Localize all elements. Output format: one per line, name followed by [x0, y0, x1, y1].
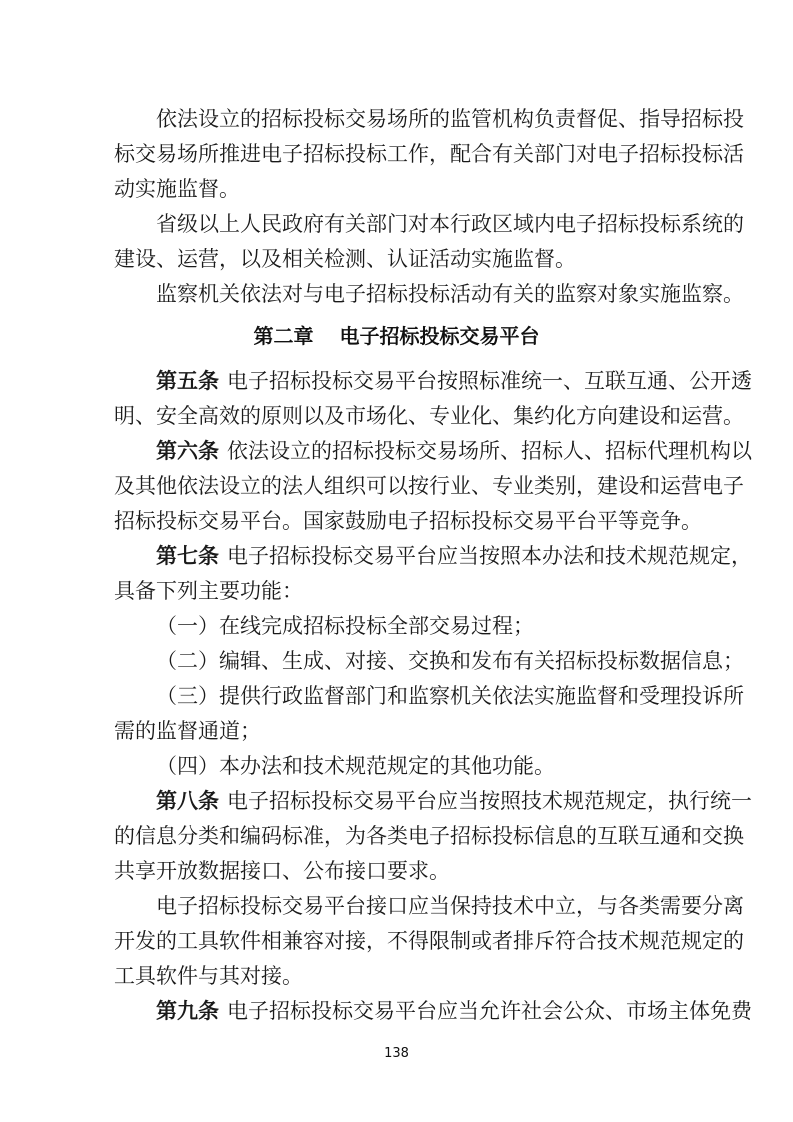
- paragraph-line: 工具软件与其对接。: [114, 961, 679, 991]
- article-text: 电子招标投标交易平台应当按照技术规范规定，执行统一: [227, 789, 752, 813]
- list-item: （三）提供行政监督部门和监察机关依法实施监督和受理投诉所: [114, 681, 679, 711]
- article-label: 第七条: [156, 543, 219, 568]
- paragraph-line: 共享开放数据接口、公布接口要求。: [114, 856, 679, 886]
- paragraph-line: 监察机关依法对与电子招标投标活动有关的监察对象实施监察。: [114, 279, 679, 309]
- paragraph-line: 及其他依法设立的法人组织可以按行业、专业类别，建设和运营电子: [114, 471, 679, 501]
- article-label: 第六条: [156, 438, 219, 463]
- paragraph-line: 省级以上人民政府有关部门对本行政区域内电子招标投标系统的: [114, 209, 679, 239]
- paragraph-line: 招标投标交易平台。国家鼓励电子招标投标交易平台平等竞争。: [114, 506, 679, 536]
- paragraph-line: 依法设立的招标投标交易场所的监管机构负责督促、指导招标投: [114, 104, 679, 134]
- article-text: 依法设立的招标投标交易场所、招标人、招标代理机构以: [227, 439, 752, 463]
- article-text: 电子招标投标交易平台按照标准统一、互联互通、公开透: [227, 369, 752, 393]
- list-item: （二）编辑、生成、对接、交换和发布有关招标投标数据信息；: [114, 646, 679, 676]
- chapter-heading: 第二章电子招标投标交易平台: [0, 321, 793, 351]
- paragraph-line: 标交易场所推进电子招标投标工作，配合有关部门对电子招标投标活: [114, 139, 679, 169]
- paragraph-line: 的信息分类和编码标准，为各类电子招标投标信息的互联互通和交换: [114, 821, 679, 851]
- chapter-number: 第二章: [254, 324, 314, 348]
- article-7-line: 第七条电子招标投标交易平台应当按照本办法和技术规范规定，: [114, 541, 679, 571]
- article-label: 第八条: [156, 788, 219, 813]
- chapter-title: 电子招标投标交易平台: [340, 324, 540, 348]
- page-number: 138: [0, 1044, 793, 1064]
- article-text: 电子招标投标交易平台应当按照本办法和技术规范规定，: [227, 544, 752, 568]
- paragraph-line: 具备下列主要功能：: [114, 576, 679, 606]
- list-item: （四）本办法和技术规范规定的其他功能。: [114, 751, 679, 781]
- article-8-line: 第八条电子招标投标交易平台应当按照技术规范规定，执行统一: [114, 786, 679, 816]
- paragraph-line: 动实施监督。: [114, 174, 679, 204]
- document-page: 依法设立的招标投标交易场所的监管机构负责督促、指导招标投 标交易场所推进电子招标…: [0, 0, 793, 1122]
- paragraph-line: 开发的工具软件相兼容对接，不得限制或者排斥符合技术规范规定的: [114, 926, 679, 956]
- article-label: 第九条: [156, 998, 219, 1023]
- paragraph-line: 明、安全高效的原则以及市场化、专业化、集约化方向建设和运营。: [114, 401, 679, 431]
- article-label: 第五条: [156, 368, 219, 393]
- article-text: 电子招标投标交易平台应当允许社会公众、市场主体免费: [227, 999, 752, 1023]
- article-9-line: 第九条电子招标投标交易平台应当允许社会公众、市场主体免费: [114, 996, 679, 1026]
- paragraph-line: 建设、运营，以及相关检测、认证活动实施监督。: [114, 244, 679, 274]
- paragraph-line: 电子招标投标交易平台接口应当保持技术中立，与各类需要分离: [114, 891, 679, 921]
- article-5-line: 第五条电子招标投标交易平台按照标准统一、互联互通、公开透: [114, 366, 679, 396]
- list-item-continuation: 需的监督通道；: [114, 716, 679, 746]
- list-item: （一）在线完成招标投标全部交易过程；: [114, 611, 679, 641]
- article-6-line: 第六条依法设立的招标投标交易场所、招标人、招标代理机构以: [114, 436, 679, 466]
